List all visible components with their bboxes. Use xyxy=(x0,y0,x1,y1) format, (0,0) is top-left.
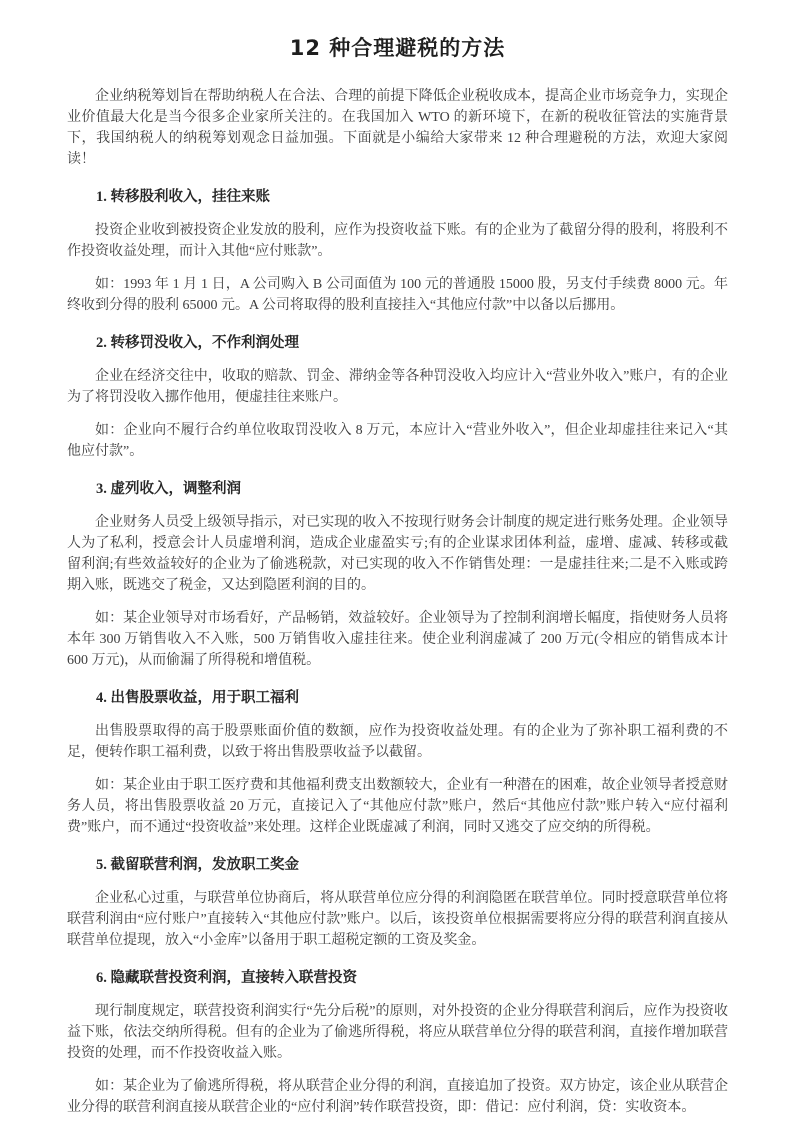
paragraph: 如：某企业为了偷逃所得税，将从联营企业分得的利润，直接追加了投资。双方协定，该企… xyxy=(67,1076,728,1118)
section-3: 3. 虚列收入，调整利润 企业财务人员受上级领导指示，对已实现的收入不按现行财务… xyxy=(67,479,728,671)
document-page: 12 种合理避税的方法 企业纳税筹划旨在帮助纳税人在合法、合理的前提下降低企业税… xyxy=(0,0,794,1123)
paragraph: 企业在经济交往中，收取的赔款、罚金、滞纳金等各种罚没收入均应计入“营业外收入”账… xyxy=(67,366,728,408)
paragraph: 投资企业收到被投资企业发放的股利，应作为投资收益下账。有的企业为了截留分得的股利… xyxy=(67,220,728,262)
section-heading: 4. 出售股票收益，用于职工福利 xyxy=(67,688,728,709)
paragraph: 如：企业向不履行合约单位收取罚没收入 8 万元，本应计入“营业外收入”，但企业却… xyxy=(67,420,728,462)
paragraph: 现行制度规定，联营投资利润实行“先分后税”的原则，对外投资的企业分得联营利润后，… xyxy=(67,1001,728,1064)
section-6: 6. 隐藏联营投资利润，直接转入联营投资 现行制度规定，联营投资利润实行“先分后… xyxy=(67,968,728,1118)
section-heading: 2. 转移罚没收入，不作利润处理 xyxy=(67,333,728,354)
paragraph: 出售股票取得的高于股票账面价值的数额，应作为投资收益处理。有的企业为了弥补职工福… xyxy=(67,721,728,763)
paragraph: 如：某企业领导对市场看好，产品畅销，效益较好。企业领导为了控制利润增长幅度，指使… xyxy=(67,608,728,671)
page-title: 12 种合理避税的方法 xyxy=(67,32,728,62)
section-heading: 5. 截留联营利润，发放职工奖金 xyxy=(67,855,728,876)
intro-paragraph: 企业纳税筹划旨在帮助纳税人在合法、合理的前提下降低企业税收成本，提高企业市场竞争… xyxy=(67,86,728,170)
section-heading: 1. 转移股利收入，挂往来账 xyxy=(67,187,728,208)
section-4: 4. 出售股票收益，用于职工福利 出售股票取得的高于股票账面价值的数额，应作为投… xyxy=(67,688,728,838)
section-heading: 6. 隐藏联营投资利润，直接转入联营投资 xyxy=(67,968,728,989)
section-5: 5. 截留联营利润，发放职工奖金 企业私心过重，与联营单位协商后，将从联营单位应… xyxy=(67,855,728,951)
section-heading: 3. 虚列收入，调整利润 xyxy=(67,479,728,500)
paragraph: 如：1993 年 1 月 1 日，A 公司购入 B 公司面值为 100 元的普通… xyxy=(67,274,728,316)
paragraph: 如：某企业由于职工医疗费和其他福利费支出数额较大，企业有一种潜在的困难，故企业领… xyxy=(67,775,728,838)
paragraph: 企业私心过重，与联营单位协商后，将从联营单位应分得的利润隐匿在联营单位。同时授意… xyxy=(67,888,728,951)
section-2: 2. 转移罚没收入，不作利润处理 企业在经济交往中，收取的赔款、罚金、滞纳金等各… xyxy=(67,333,728,462)
section-1: 1. 转移股利收入，挂往来账 投资企业收到被投资企业发放的股利，应作为投资收益下… xyxy=(67,187,728,316)
paragraph: 企业财务人员受上级领导指示，对已实现的收入不按现行财务会计制度的规定进行账务处理… xyxy=(67,512,728,596)
